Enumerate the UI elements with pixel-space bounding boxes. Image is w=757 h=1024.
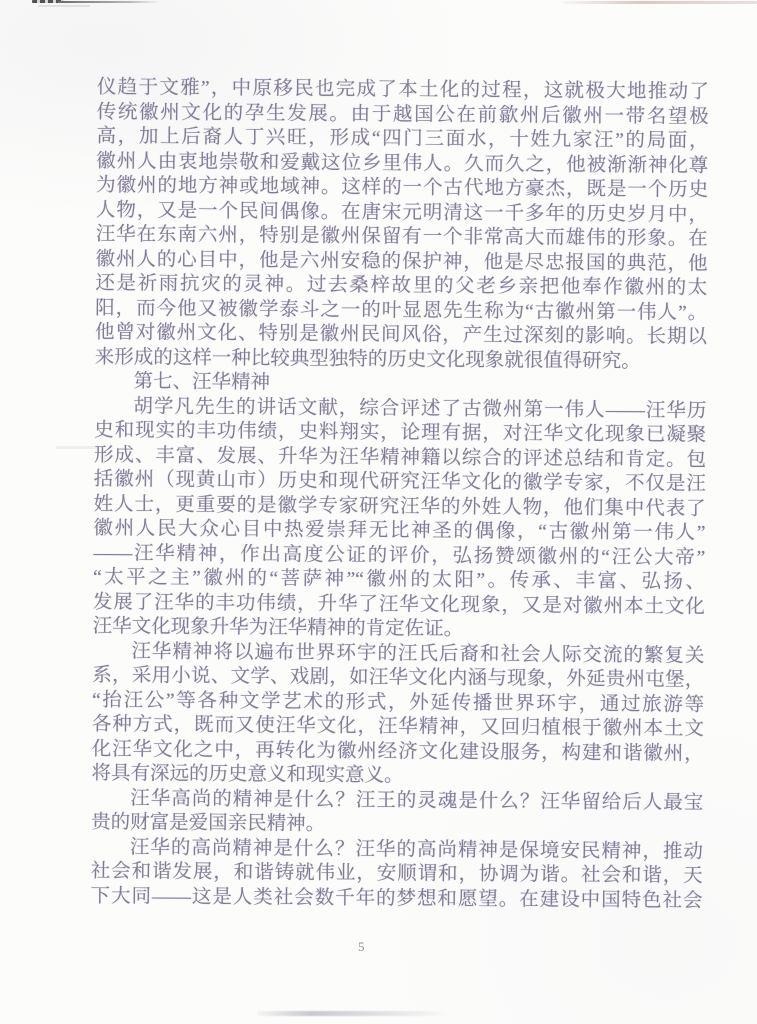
scan-artifact-top-right-line xyxy=(563,1,757,4)
document-text: 仪趋于文雅”，中原移民也完成了本土化的过程，这就极大地推动了传统徽州文化的孕生发… xyxy=(90,76,709,914)
scan-artifact-left-mark xyxy=(56,446,98,449)
scanned-page: 仪趋于文雅”，中原移民也完成了本土化的过程，这就极大地推动了传统徽州文化的孕生发… xyxy=(0,0,757,1024)
scan-artifact-top-left-dashes xyxy=(32,0,64,3)
scan-artifact-top-left-subline xyxy=(38,5,90,7)
text-line: 下大同——这是人类社会数千年的梦想和愿望。在建设中国特色社会 xyxy=(90,884,702,913)
scan-artifact-bottom-smudge xyxy=(257,1011,449,1016)
page-number: 5 xyxy=(358,939,366,955)
scan-artifact-top-left-line xyxy=(58,1,160,3)
